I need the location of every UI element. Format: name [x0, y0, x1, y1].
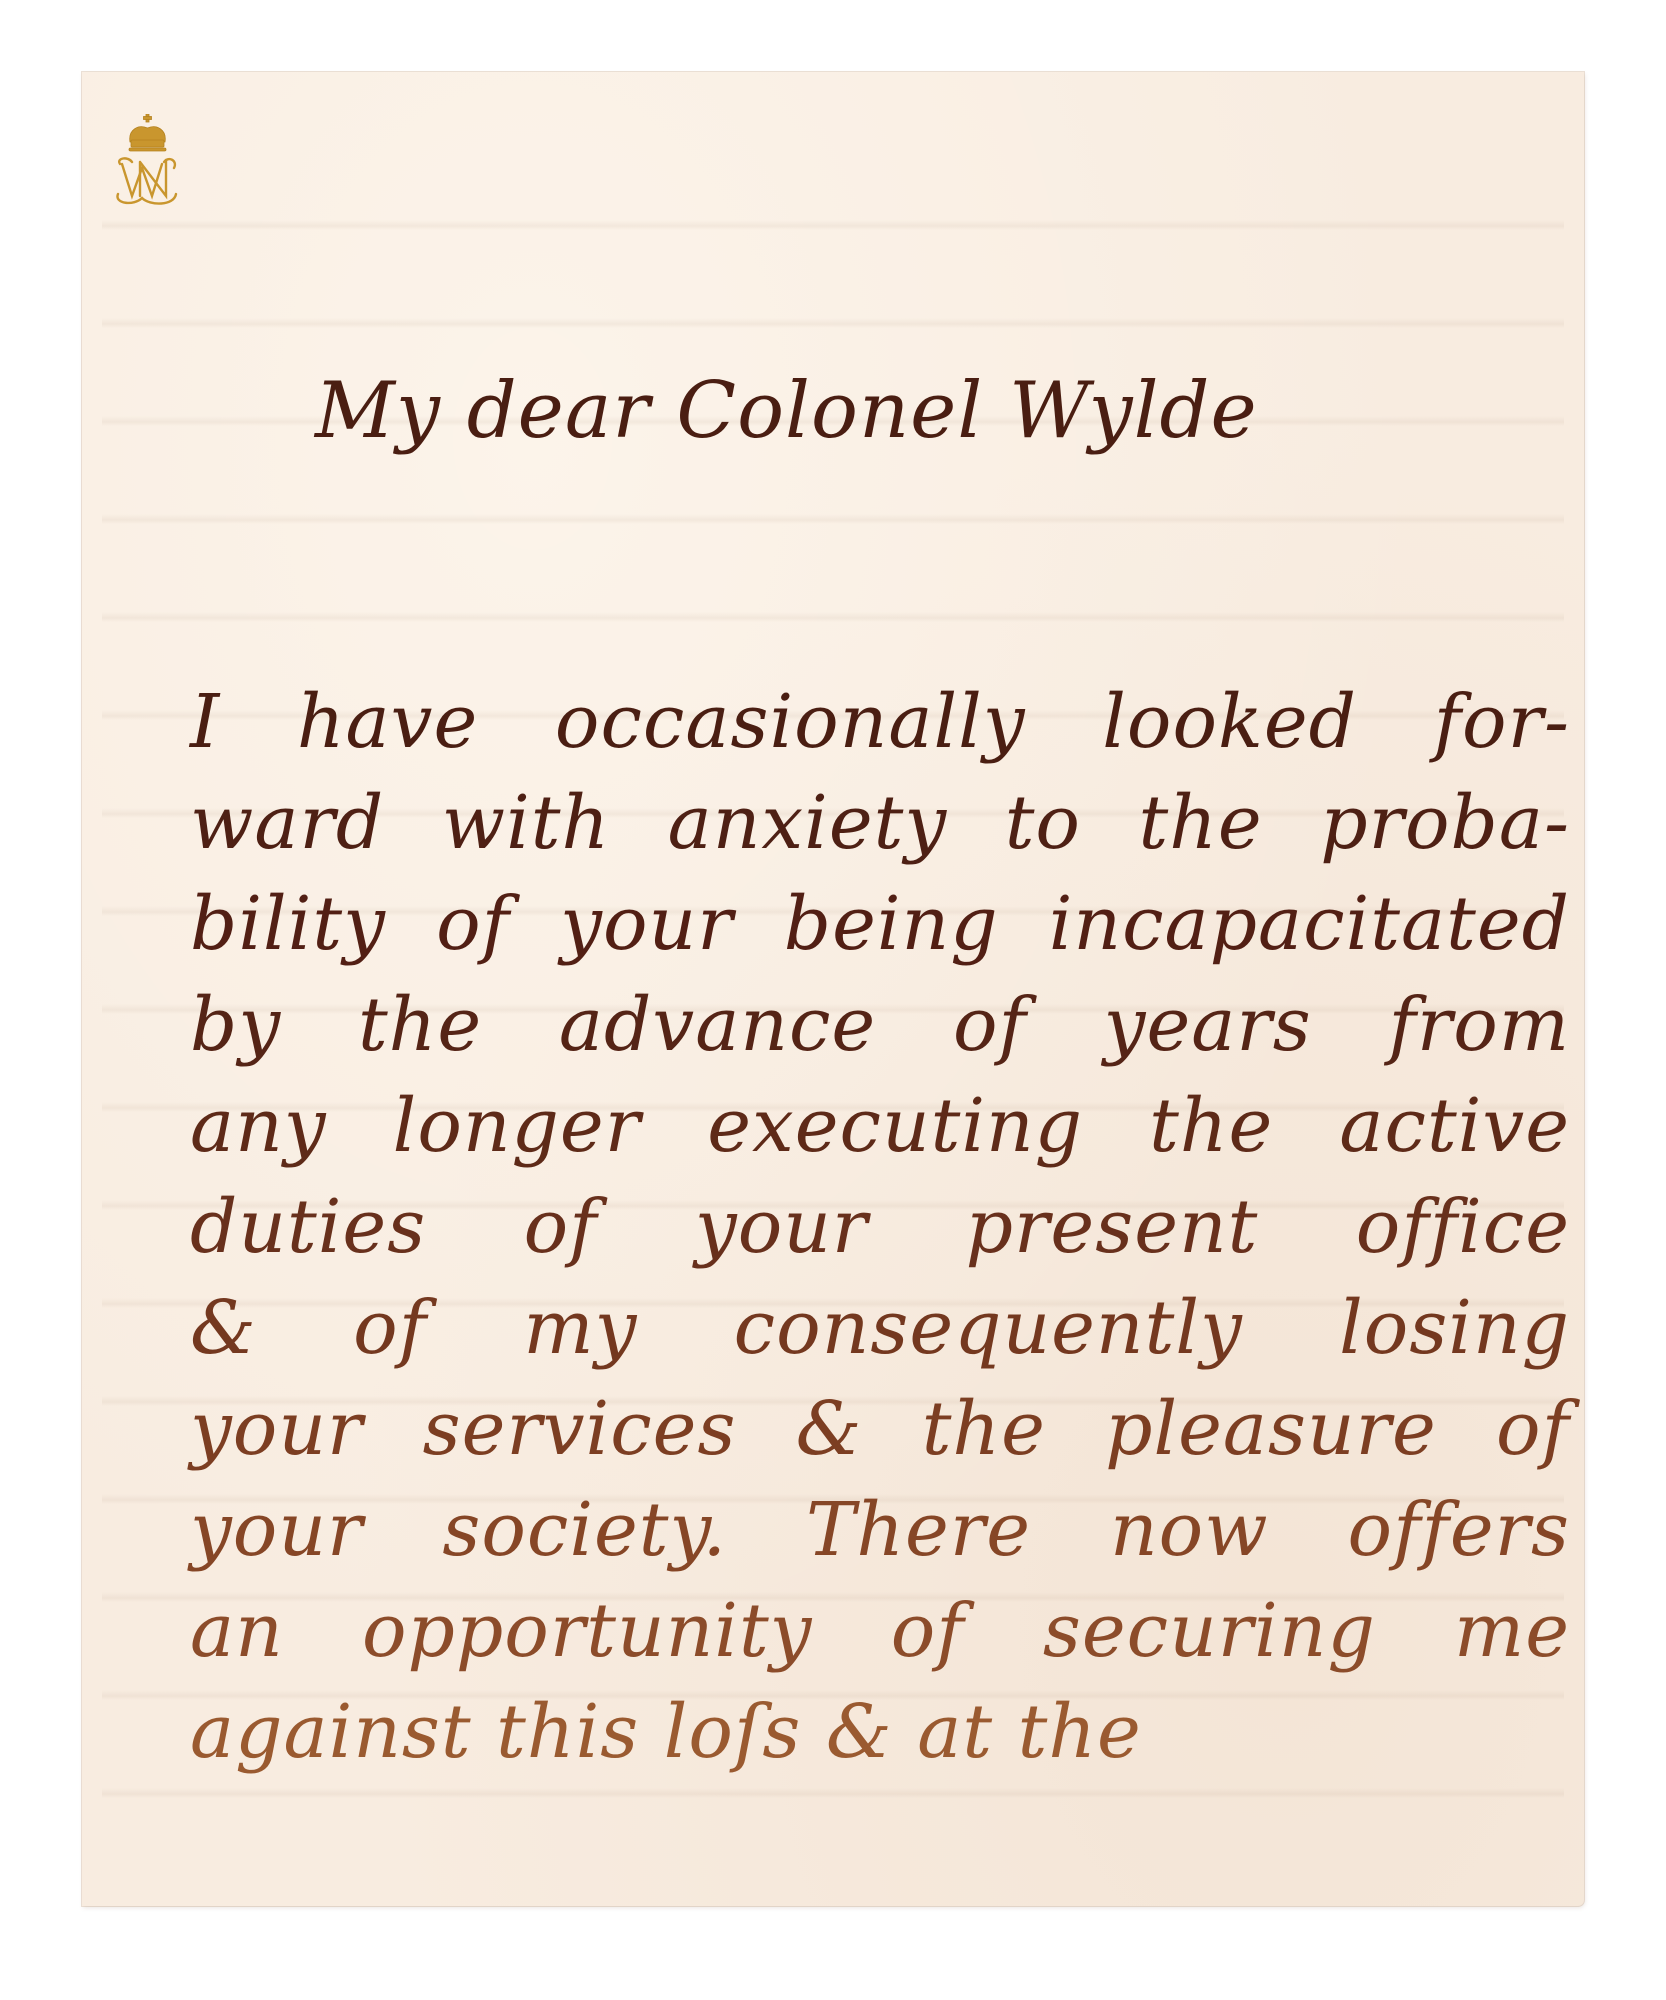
body-line: an opportunity of securing me	[190, 1581, 1570, 1682]
body-line: & of my consequently losing	[190, 1278, 1570, 1379]
body-line: your services & the pleasure of	[190, 1379, 1570, 1480]
body-line: I have occasionally looked for-	[190, 672, 1570, 773]
letter-page: My dear Colonel Wylde I have occasionall…	[82, 72, 1584, 1906]
salutation: My dear Colonel Wylde	[315, 372, 1258, 450]
body-line: duties of your present office	[190, 1177, 1570, 1278]
body-line: by the advance of years from	[190, 975, 1570, 1076]
body-line: your society. There now offers	[190, 1480, 1570, 1581]
body-line: bility of your being incapacitated	[190, 874, 1570, 975]
royal-crown-cypher-icon	[112, 114, 184, 206]
body-line: ward with anxiety to the proba-	[190, 773, 1570, 874]
body-line: any longer executing the active	[190, 1076, 1570, 1177]
body-line: against this loſs & at the	[190, 1682, 1570, 1783]
letter-body: I have occasionally looked for- ward wit…	[190, 672, 1570, 1783]
